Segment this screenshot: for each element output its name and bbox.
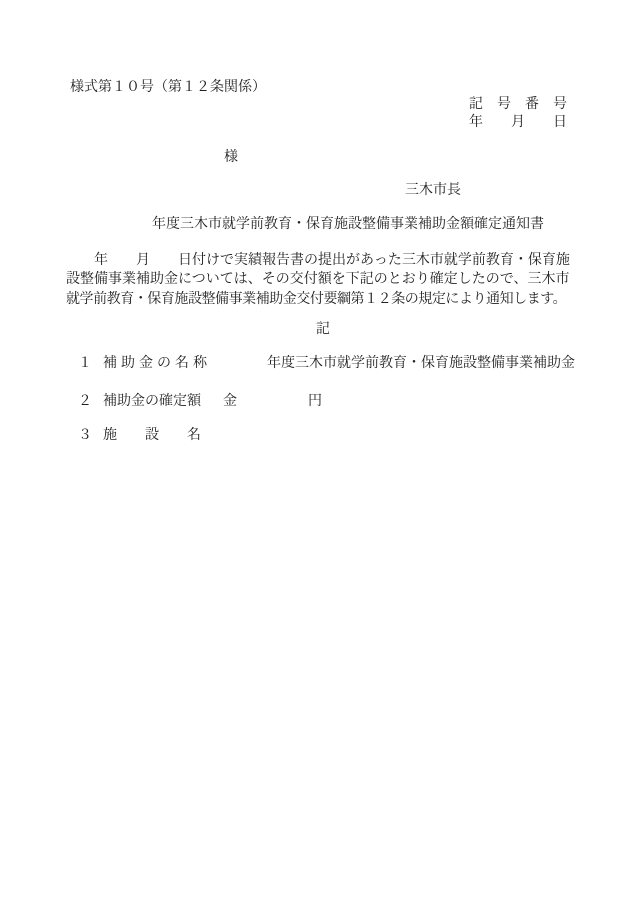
- item-3-label: 施 設 名: [103, 427, 201, 443]
- body-paragraph-line-2: 設整備事業補助金については、その交付額を下記のとおり確定したので、三木市: [66, 271, 569, 287]
- doc-number-line: 記 号 番 号: [469, 96, 567, 112]
- body-paragraph-line-3: 就学前教育・保育施設整備事業補助金交付要綱第１２条の規定により通知します。: [66, 291, 566, 307]
- date-line: 年 月 日: [469, 114, 567, 130]
- list-item-facility-name: ３ 施 設 名: [0, 427, 630, 445]
- document-title: 年度三木市就学前教育・保育施設整備事業補助金額確定通知書: [152, 216, 544, 232]
- item-2-number: ２: [78, 393, 92, 409]
- sender-name: 三木市長: [405, 182, 461, 198]
- document-page: 様式第１０号（第１２条関係） 記 号 番 号 年 月 日 様 三木市長 年度三木…: [0, 0, 630, 903]
- item-1-label: 補助金の名称: [103, 355, 211, 371]
- item-3-number: ３: [78, 427, 92, 443]
- addressee-honorific: 様: [224, 149, 238, 165]
- list-item-confirmed-amount: ２ 補助金の確定額 金 円: [0, 393, 630, 411]
- list-item-subsidy-name: １ 補助金の名称 年度三木市就学前教育・保育施設整備事業補助金: [0, 355, 630, 373]
- item-2-amount-prefix: 金: [223, 393, 237, 409]
- item-2-label: 補助金の確定額: [103, 393, 201, 409]
- form-number: 様式第１０号（第１２条関係）: [70, 79, 266, 95]
- record-marker: 記: [316, 321, 330, 337]
- body-paragraph-line-1: 年 月 日付けで実績報告書の提出があった三木市就学前教育・保育施: [66, 252, 570, 268]
- item-2-amount-suffix: 円: [308, 393, 322, 409]
- item-1-number: １: [78, 355, 92, 371]
- item-1-value: 年度三木市就学前教育・保育施設整備事業補助金: [267, 355, 575, 371]
